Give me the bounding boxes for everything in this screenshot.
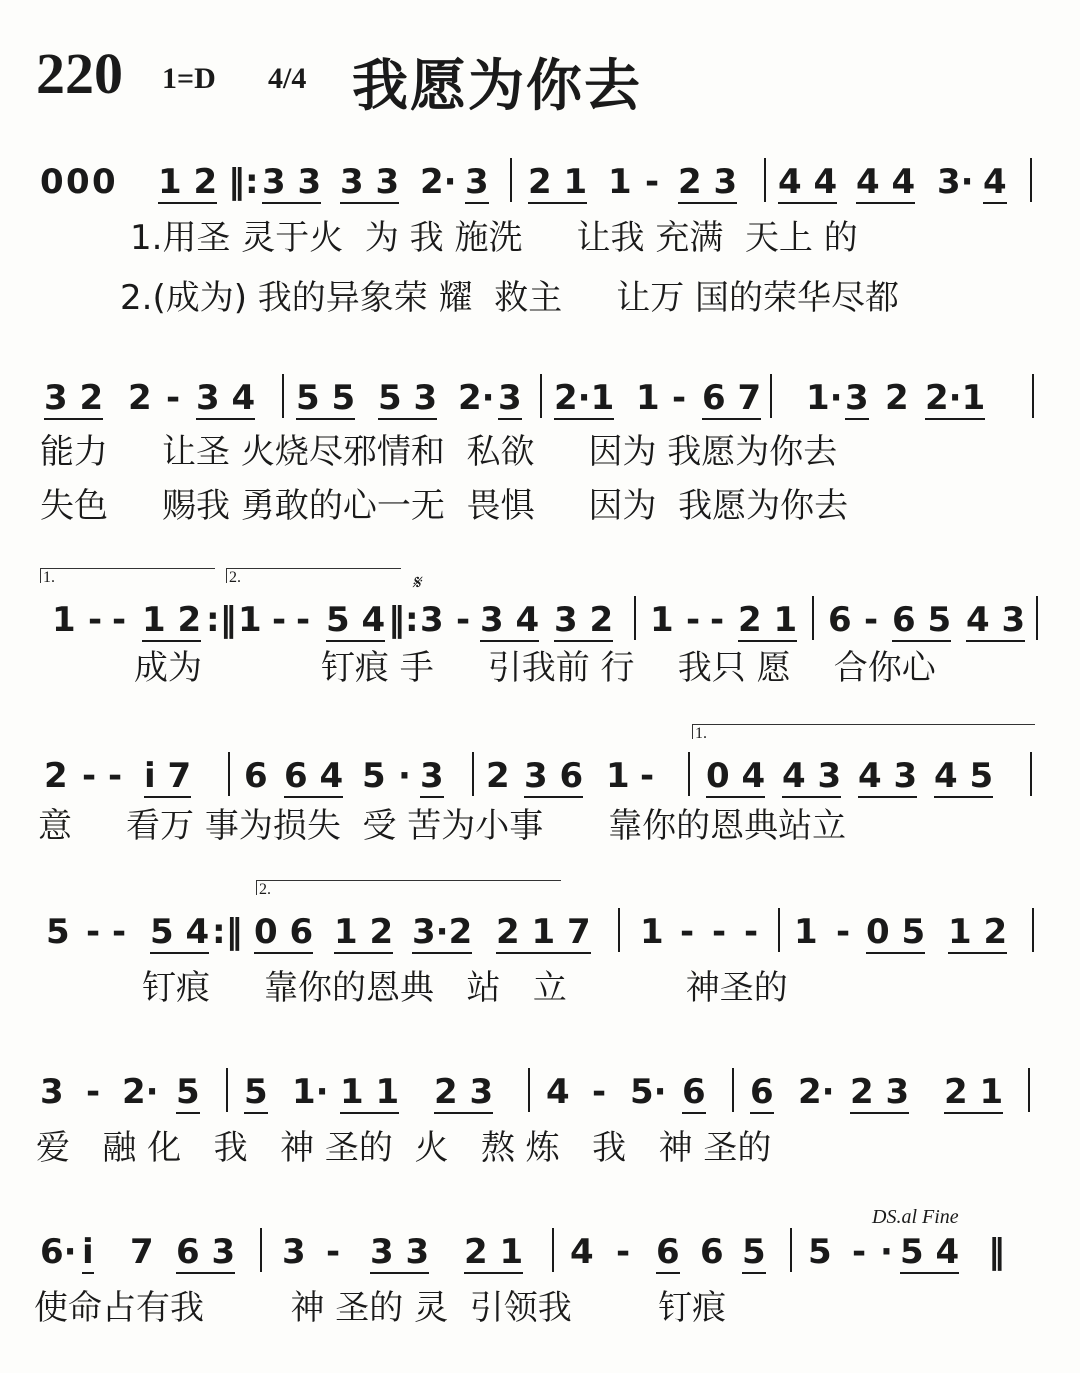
- note-token: 3 3: [262, 162, 321, 204]
- barline: [528, 1068, 530, 1112]
- note-token: :‖: [212, 912, 243, 952]
- lyric-line: 意 看万 事为损失 受 苦为小事 靠你的恩典站立: [0, 806, 1080, 846]
- note-token: -: [680, 912, 694, 952]
- note-token: 7: [130, 1232, 154, 1272]
- note-token: 6 4: [284, 756, 343, 798]
- lyric-line: 能力 让圣 火烧尽邪情和 私欲 因为 我愿为你去: [0, 432, 1080, 472]
- time-signature: 4/4: [268, 62, 306, 96]
- barline: [1030, 752, 1032, 796]
- note-token: 2 3: [434, 1072, 493, 1114]
- note-token: i̇ 7: [144, 756, 191, 798]
- note-token: 0 5: [866, 912, 925, 954]
- notation-line: 0001 2‖:3 33 32·32 11-2 34 44 43·4: [0, 162, 1080, 212]
- note-token: 1: [794, 912, 818, 952]
- barline: [1032, 374, 1034, 418]
- note-token: -: [86, 1072, 100, 1112]
- note-token: 5: [46, 912, 70, 952]
- note-token: 2: [885, 378, 909, 418]
- note-token: 5: [808, 1232, 832, 1272]
- note-token: 5: [176, 1072, 200, 1114]
- note-token: 6: [656, 1232, 680, 1274]
- notation-line: 6·i̇76 33-3 32 14-6655-·5 4‖DS.al Fine: [0, 1232, 1080, 1282]
- note-token: 1 2: [142, 600, 201, 642]
- note-token: 6 5: [892, 600, 951, 642]
- note-token: 4 3: [858, 756, 917, 798]
- lyric-text: 钉痕 靠你的恩典 站 立 神圣的: [142, 968, 788, 1008]
- lyric-line: 爱 融 化 我 神 圣的 火 熬 炼 我 神 圣的: [0, 1128, 1080, 1168]
- note-token: -: [744, 912, 758, 952]
- barline: [552, 1228, 554, 1272]
- barline: [778, 908, 780, 952]
- note-token: 1 2: [334, 912, 393, 954]
- barline: [260, 1228, 262, 1272]
- note-token: 1 1: [340, 1072, 399, 1114]
- note-token: 6: [682, 1072, 706, 1114]
- note-token: 0: [40, 162, 64, 202]
- note-token: 2: [44, 756, 68, 796]
- note-token: 3·2: [412, 912, 472, 954]
- note-token: 5 4: [326, 600, 385, 642]
- note-token: 2·: [122, 1072, 159, 1112]
- note-token: 3: [40, 1072, 64, 1112]
- barline: [1030, 158, 1032, 202]
- note-token: 3 4: [196, 378, 255, 420]
- note-token: 2 3: [850, 1072, 909, 1114]
- note-token: 2: [128, 378, 152, 418]
- volta-bracket: 1.: [40, 568, 215, 583]
- note-token: 0: [92, 162, 116, 202]
- barline: [688, 752, 690, 796]
- note-token: 3 3: [340, 162, 399, 204]
- volta-bracket: 1.: [692, 724, 1035, 739]
- lyric-line: 成为 钉痕 手 引我前 行 我只 愿 合你心: [0, 648, 1080, 688]
- barline: [1036, 596, 1038, 640]
- note-token: 2·: [458, 378, 495, 418]
- barline: [812, 596, 814, 640]
- note-token: 6: [828, 600, 852, 640]
- ds-al-fine-marking: DS.al Fine: [872, 1206, 959, 1229]
- lyric-line: 2.(成为) 我的异象荣 耀 救主 让万 国的荣华尽都: [0, 278, 1080, 318]
- note-token: 3 3: [370, 1232, 429, 1274]
- note-token: 2 1: [738, 600, 797, 642]
- note-token: 3 2: [554, 600, 613, 642]
- note-token: 3: [420, 756, 444, 798]
- barline: [634, 596, 636, 640]
- note-token: 3: [845, 378, 869, 420]
- note-token: 5: [362, 756, 386, 796]
- note-token: -: [640, 756, 654, 796]
- note-token: 2 3: [678, 162, 737, 204]
- note-token: 2·1: [925, 378, 985, 420]
- note-token: 4 4: [778, 162, 837, 204]
- note-token: -: [686, 600, 700, 640]
- note-token: 4: [546, 1072, 570, 1112]
- note-token: 3 2: [44, 378, 103, 420]
- note-token: 0 4: [706, 756, 765, 798]
- note-token: 1: [636, 378, 660, 418]
- note-token: ‖: [988, 1232, 1005, 1272]
- note-token: 2 1 7: [496, 912, 591, 954]
- note-token: 2 1: [528, 162, 587, 204]
- note-token: ‖:: [228, 162, 259, 202]
- note-token: -: [864, 600, 878, 640]
- note-token: 6: [700, 1232, 724, 1272]
- lyric-text: 2.(成为) 我的异象荣 耀 救主 让万 国的荣华尽都: [120, 278, 899, 318]
- key-signature: 1=D: [162, 62, 216, 96]
- note-token: :‖: [206, 600, 237, 640]
- lyric-text: 爱 融 化 我 神 圣的 火 熬 炼 我 神 圣的: [36, 1128, 771, 1168]
- note-token: 4 3: [782, 756, 841, 798]
- barline: [228, 752, 230, 796]
- note-token: 2·1: [554, 378, 614, 420]
- lyric-line: 失色 赐我 勇敢的心一无 畏惧 因为 我愿为你去: [0, 486, 1080, 526]
- note-token: -: [296, 600, 310, 640]
- note-token: 5 5: [296, 378, 355, 420]
- note-token: 4 4: [856, 162, 915, 204]
- note-token: ·: [880, 1232, 893, 1272]
- note-token: 1: [606, 756, 630, 796]
- lyric-line: 钉痕 靠你的恩典 站 立 神圣的: [0, 968, 1080, 1008]
- note-token: 1 2: [158, 162, 217, 204]
- note-token: 4 3: [966, 600, 1025, 642]
- note-token: 6 7: [702, 378, 761, 420]
- barline: [790, 1228, 792, 1272]
- lyric-text: 成为 钉痕 手 引我前 行 我只 愿 合你心: [134, 648, 936, 688]
- note-token: -: [852, 1232, 866, 1272]
- note-token: -: [616, 1232, 630, 1272]
- note-token: 1: [52, 600, 76, 640]
- note-token: 2 1: [464, 1232, 523, 1274]
- note-token: 1: [640, 912, 664, 952]
- sheet-music-page: 220 1=D 4/4 我愿为你去 0001 2‖:3 33 32·32 11-…: [0, 0, 1080, 1373]
- note-token: -: [712, 912, 726, 952]
- note-token: 1 2: [948, 912, 1007, 954]
- note-token: 1: [238, 600, 262, 640]
- note-token: 0 6: [254, 912, 313, 954]
- note-token: -: [112, 912, 126, 952]
- lyric-text: 使命占有我 神 圣的 灵 引领我 钉痕: [34, 1288, 726, 1328]
- note-token: 3 6: [524, 756, 583, 798]
- note-token: -: [108, 756, 122, 796]
- barline: [226, 1068, 228, 1112]
- note-token: 6: [244, 756, 268, 796]
- note-token: 5·: [630, 1072, 667, 1112]
- notation-line: 5--5 4:‖0 61 23·22 1 71---1-0 51 22.: [0, 912, 1080, 962]
- notation-line: 2--i̇ 766 45·323 61-0 44 34 34 51.: [0, 756, 1080, 806]
- note-token: -: [86, 912, 100, 952]
- note-token: 3: [420, 600, 444, 640]
- song-number: 220: [36, 40, 123, 107]
- note-token: -: [326, 1232, 340, 1272]
- lyric-text: 意 看万 事为损失 受 苦为小事 靠你的恩典站立: [38, 806, 846, 846]
- note-token: -: [456, 600, 470, 640]
- notation-line: 3 22-3 45 55 32·32·11-6 71·322·1: [0, 378, 1080, 428]
- note-token: 5 4: [900, 1232, 959, 1274]
- note-token: 3: [282, 1232, 306, 1272]
- lyric-text: 失色 赐我 勇敢的心一无 畏惧 因为 我愿为你去: [40, 486, 848, 526]
- note-token: -: [82, 756, 96, 796]
- note-token: ·: [398, 756, 411, 796]
- barline: [1028, 1068, 1030, 1112]
- barline: [540, 374, 542, 418]
- note-token: -: [645, 162, 659, 202]
- note-token: 1: [608, 162, 632, 202]
- note-token: 3: [498, 378, 522, 420]
- note-token: ‖:: [388, 600, 419, 640]
- note-token: 6 3: [176, 1232, 235, 1274]
- note-token: 5 3: [378, 378, 437, 420]
- note-token: i̇: [82, 1232, 94, 1274]
- barline: [732, 1068, 734, 1112]
- note-token: -: [710, 600, 724, 640]
- lyric-text: 1.用圣 灵于火 为 我 施洗 让我 充满 天上 的: [130, 218, 858, 258]
- barline: [472, 752, 474, 796]
- note-token: 2·: [420, 162, 457, 202]
- volta-bracket: 2.: [226, 568, 401, 583]
- note-token: 3·: [937, 162, 974, 202]
- note-token: -: [592, 1072, 606, 1112]
- barline: [282, 374, 284, 418]
- lyric-line: 使命占有我 神 圣的 灵 引领我 钉痕: [0, 1288, 1080, 1328]
- barline: [764, 158, 766, 202]
- note-token: 6·: [40, 1232, 77, 1272]
- note-token: 0: [66, 162, 90, 202]
- note-token: 5 4: [150, 912, 209, 954]
- note-token: 4: [983, 162, 1007, 204]
- note-token: 6: [750, 1072, 774, 1114]
- note-token: 2: [486, 756, 510, 796]
- note-token: 3: [465, 162, 489, 204]
- note-token: 2 1: [944, 1072, 1003, 1114]
- barline: [770, 374, 772, 418]
- note-token: 2·: [798, 1072, 835, 1112]
- notation-line: 1--1 2:‖1--5 4‖:3-3 43 21--2 16-6 54 31.…: [0, 600, 1080, 650]
- note-token: 5: [742, 1232, 766, 1274]
- barline: [510, 158, 512, 202]
- note-token: -: [166, 378, 180, 418]
- notation-line: 3-2·551·1 12 34-5·662·2 32 1: [0, 1072, 1080, 1122]
- volta-bracket: 2.: [256, 880, 561, 895]
- note-token: -: [88, 600, 102, 640]
- segno-icon: 𝄋: [412, 572, 421, 595]
- note-token: -: [836, 912, 850, 952]
- barline: [618, 908, 620, 952]
- barline: [1032, 908, 1034, 952]
- note-token: -: [112, 600, 126, 640]
- note-token: -: [272, 600, 286, 640]
- note-token: 5: [244, 1072, 268, 1114]
- note-token: 1: [650, 600, 674, 640]
- note-token: -: [672, 378, 686, 418]
- note-token: 4 5: [934, 756, 993, 798]
- lyric-line: 1.用圣 灵于火 为 我 施洗 让我 充满 天上 的: [0, 218, 1080, 258]
- note-token: 1·: [292, 1072, 329, 1112]
- note-token: 4: [570, 1232, 594, 1272]
- note-token: 1·: [806, 378, 843, 418]
- note-token: 3 4: [480, 600, 539, 642]
- lyric-text: 能力 让圣 火烧尽邪情和 私欲 因为 我愿为你去: [40, 432, 837, 472]
- song-title: 我愿为你去: [352, 42, 642, 122]
